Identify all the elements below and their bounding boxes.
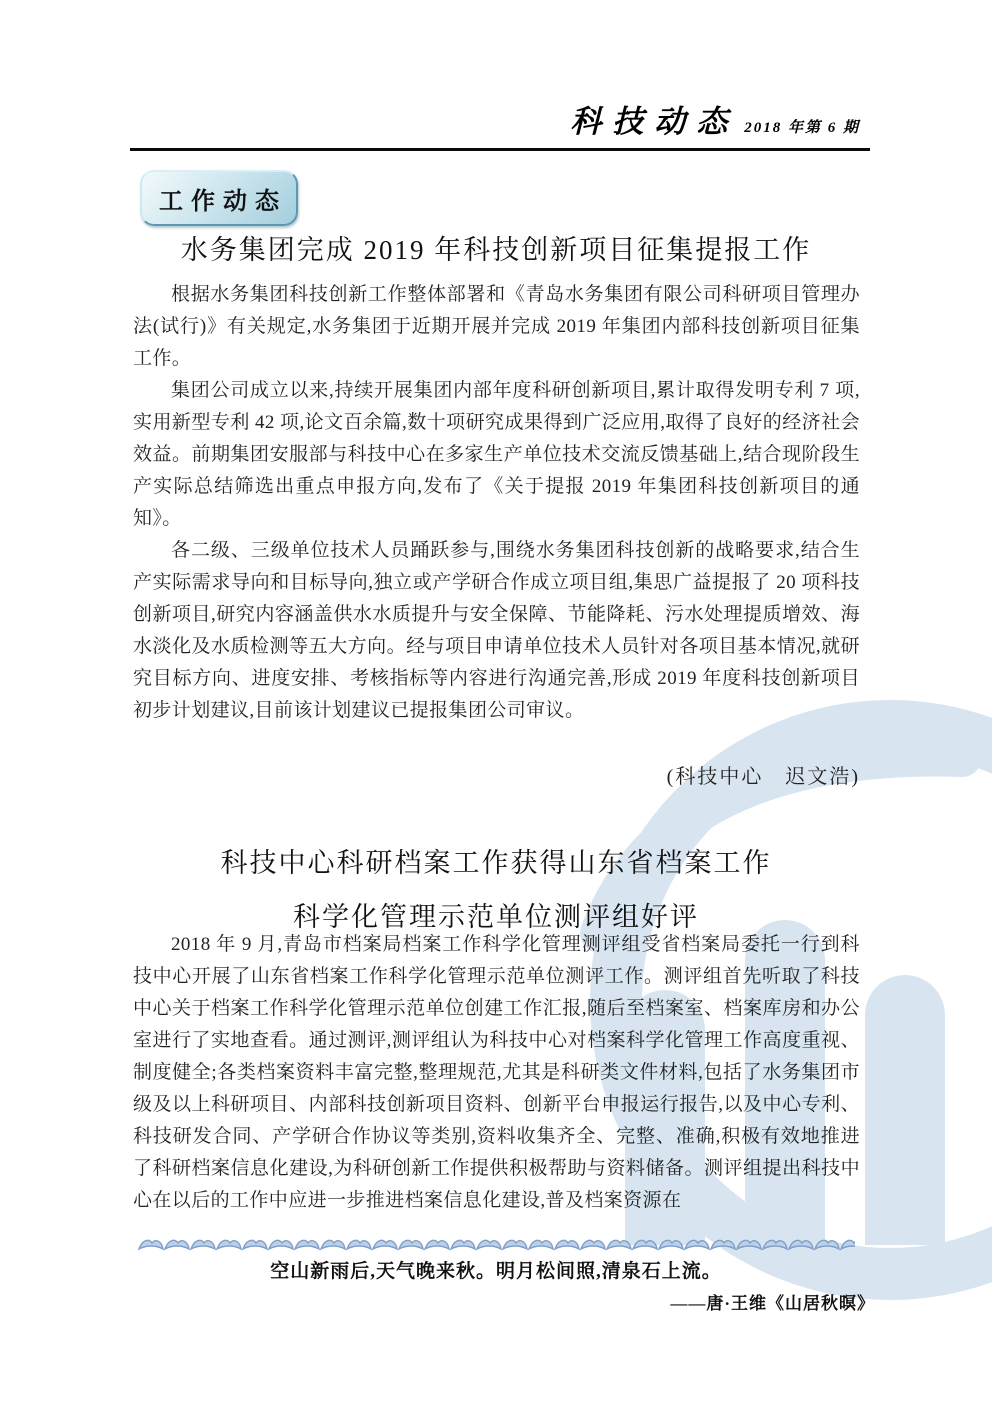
article1-title: 水务集团完成 2019 年科技创新项目征集提报工作 [131, 228, 861, 267]
article1-byline: (科技中心 迟文浩) [130, 760, 860, 789]
paragraph: 2018 年 9 月,青岛市档案局档案工作科学化管理测评组受省档案局委托一行到科… [133, 929, 860, 1217]
paragraph: 集团公司成立以来,持续开展集团内部年度科研创新项目,累计取得发明专利 7 项,实… [133, 375, 860, 535]
article2-title: 科技中心科研档案工作获得山东省档案工作 科学化管理示范单位测评组好评 [131, 836, 861, 944]
wave-divider [138, 1236, 855, 1252]
header-rule [130, 148, 870, 151]
article2-body: 2018 年 9 月,青岛市档案局档案工作科学化管理测评组受省档案局委托一行到科… [133, 929, 860, 1217]
section-badge-label: 工作动态 [159, 181, 287, 216]
section-badge-work-trends: 工作动态 [140, 170, 298, 226]
paragraph: 各二级、三级单位技术人员踊跃参与,围绕水务集团科技创新的战略要求,结合生产实际需… [133, 535, 860, 727]
article2-title-line1: 科技中心科研档案工作获得山东省档案工作 [131, 836, 861, 890]
masthead: 科技动态2018 年第 6 期 [130, 96, 870, 141]
paragraph: 根据水务集团科技创新工作整体部署和《青岛水务集团有限公司科研项目管理办法(试行)… [133, 279, 860, 375]
masthead-title: 科技动态 [570, 104, 738, 139]
footer-quote-attribution: ——唐·王维《山居秋暝》 [130, 1289, 875, 1314]
masthead-issue-number: 2018 年第 6 期 [744, 120, 860, 136]
footer-quote: 空山新雨后,天气晚来秋。明月松间照,清泉石上流。 [131, 1256, 861, 1283]
newsletter-page: 科技动态2018 年第 6 期 工作动态 水务集团完成 2019 年科技创新项目… [0, 0, 992, 1403]
article1-body: 根据水务集团科技创新工作整体部署和《青岛水务集团有限公司科研项目管理办法(试行)… [133, 279, 860, 727]
